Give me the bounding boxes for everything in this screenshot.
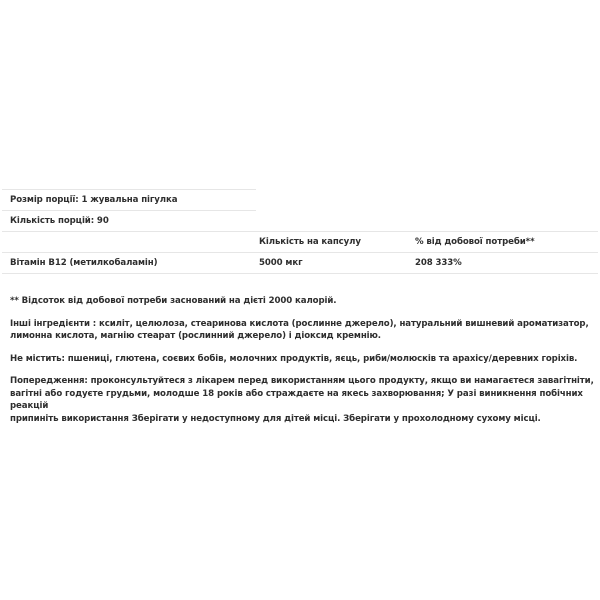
nutrient-daily-value: 208 333% xyxy=(415,258,462,268)
table-row: Вітамін B12 (метилкобаламін) 5000 мкг 20… xyxy=(2,252,598,274)
nutrient-amount: 5000 мкг xyxy=(259,258,302,268)
servings-count-row: Кількість порцій: 90 xyxy=(2,210,256,231)
warning-line-3: припиніть використання Зберігати у недос… xyxy=(10,414,541,424)
label-notes: ** Відсоток від добової потреби заснован… xyxy=(10,295,595,435)
serving-size-row: Розмір порції: 1 жувальна пігулка xyxy=(2,189,256,210)
supplement-facts-table: Розмір порції: 1 жувальна пігулка Кількі… xyxy=(2,189,598,274)
servings-count-text: Кількість порцій: 90 xyxy=(10,216,109,226)
ingredients-line-1: Інші інгредієнти : ксиліт, целюлоза, сте… xyxy=(10,319,589,329)
header-amount: Кількість на капсулу xyxy=(259,237,361,247)
warning-statement: Попередження: проконсультуйтеся з лікаре… xyxy=(10,375,595,425)
nutrient-name: Вітамін B12 (метилкобаламін) xyxy=(10,258,157,268)
header-daily-value: % від добової потреби** xyxy=(415,237,534,247)
serving-size-text: Розмір порції: 1 жувальна пігулка xyxy=(10,195,177,205)
warning-line-2: вагітні або годуєте грудьми, молодше 18 … xyxy=(10,389,583,412)
allergen-statement: Не містить: пшениці, глютена, соєвих боб… xyxy=(10,353,595,366)
warning-line-1: Попередження: проконсультуйтеся з лікаре… xyxy=(10,376,594,386)
ingredients-line-2: лимонна кислота, магнію стеарат (рослинн… xyxy=(10,331,381,341)
other-ingredients: Інші інгредієнти : ксиліт, целюлоза, сте… xyxy=(10,318,595,343)
daily-value-footnote: ** Відсоток від добової потреби заснован… xyxy=(10,295,595,308)
table-header-row: Кількість на капсулу % від добової потре… xyxy=(2,231,598,252)
